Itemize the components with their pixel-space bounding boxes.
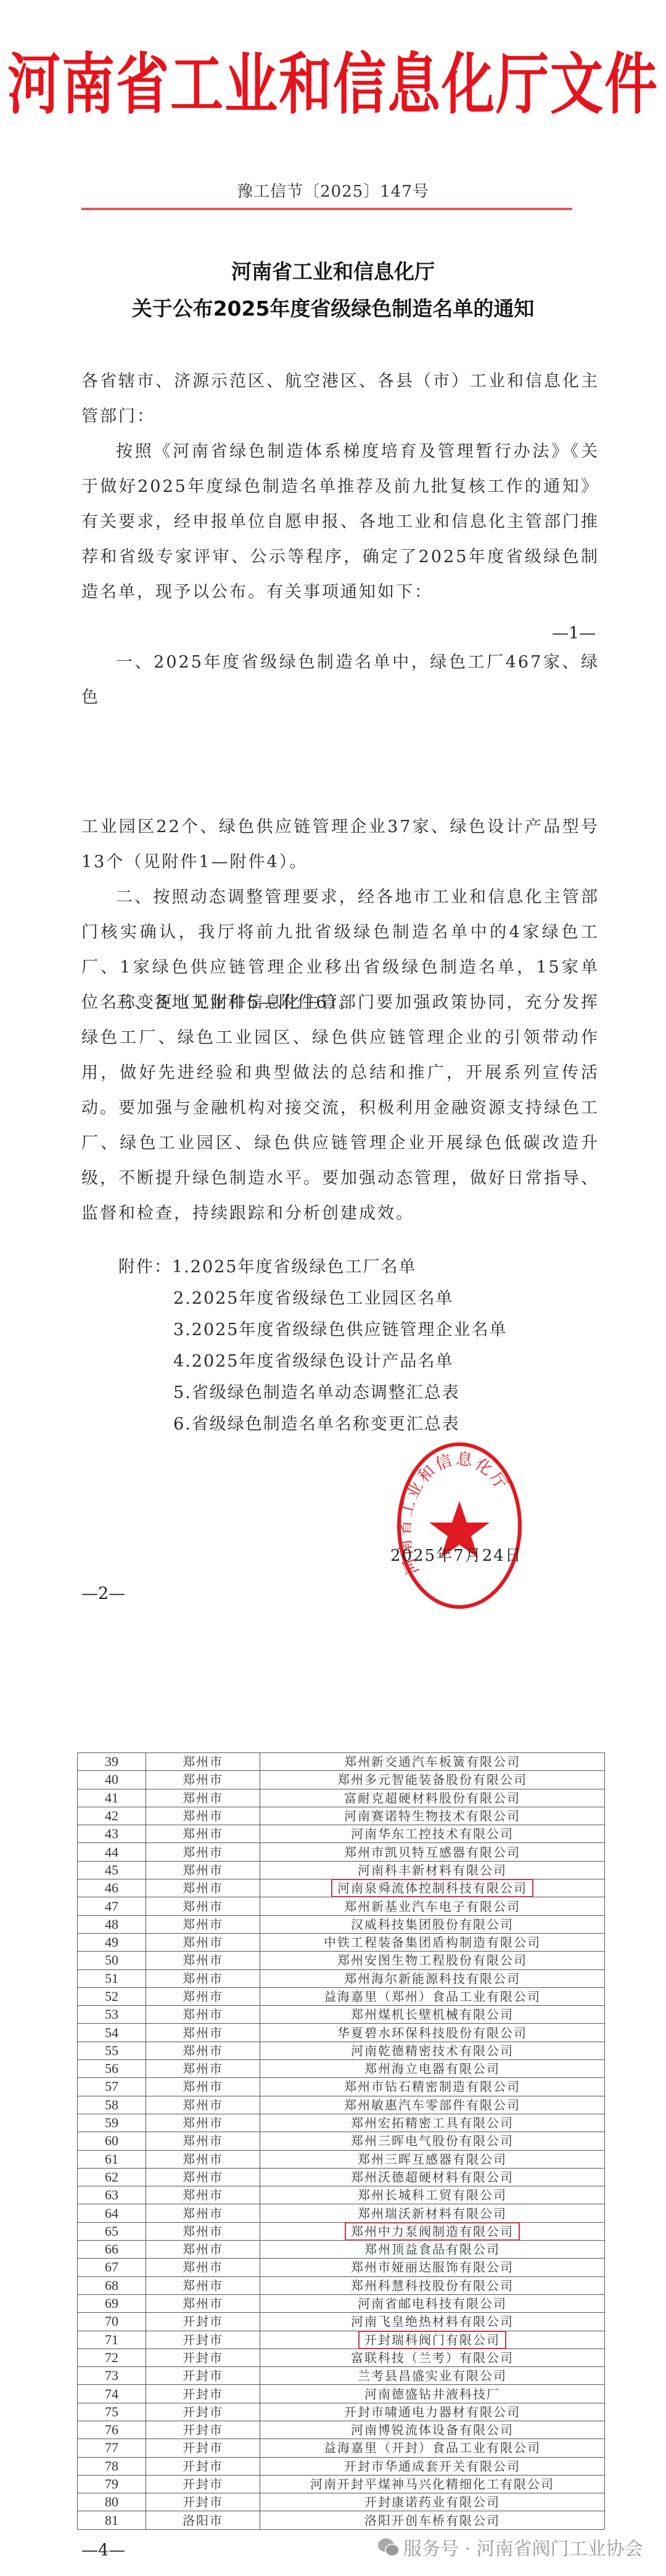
city-cell: 开封市 [146,2331,260,2349]
watermark: 服务号 · 河南省阀门工业协会 [377,2533,643,2562]
company-name-cell: 郑州三晖电气股份有限公司 [260,2132,605,2150]
row-number: 68 [78,2276,146,2294]
city-cell: 开封市 [146,2439,260,2457]
company-name: 河南科丰新材料有限公司 [358,1863,507,1878]
row-number: 51 [78,1969,146,1987]
row-number: 39 [78,1753,146,1771]
attachment-item: 3.2025年度省级绿色供应链管理企业名单 [118,1314,507,1346]
company-name: 中铁工程装备集团盾构制造有限公司 [324,1935,541,1950]
row-number: 49 [78,1933,146,1951]
city-cell: 郑州市 [146,2060,260,2078]
city-cell: 郑州市 [146,1825,260,1843]
company-name-cell: 郑州敏惠汽车零部件有限公司 [260,2096,605,2114]
city-cell: 郑州市 [146,1879,260,1897]
paragraph-one-continued: 工业园区22个、绿色供应链管理企业37家、绿色设计产品型号13个（见附件1—附件… [81,809,599,880]
watermark-text: 服务号 · 河南省阀门工业协会 [403,2538,643,2560]
page-number-2: —2— [81,1584,125,1603]
official-seal: 河南省工业和信息化厅 [395,1439,518,1605]
attachments-label: 附件： [118,1257,172,1277]
city-cell: 郑州市 [146,1807,260,1825]
company-name-cell: 河南华东工控技术有限公司 [260,1825,605,1843]
company-name-cell: 益海嘉里（开封）食品工业有限公司 [260,2439,605,2457]
attachment-item: 6.省级绿色制造名单名称变更汇总表 [118,1409,507,1440]
row-number: 53 [78,2006,146,2024]
paragraph-intro: 按照《河南省绿色制造体系梯度培育及管理暂行办法》《关于做好2025年度绿色制造名… [81,434,599,610]
city-cell: 郑州市 [146,2204,260,2222]
red-divider [81,208,572,210]
company-name-cell: 河南开封平煤神马兴化精细化工有限公司 [260,2475,605,2493]
company-name-cell: 中铁工程装备集团盾构制造有限公司 [260,1933,605,1951]
row-number: 56 [78,2060,146,2078]
company-name: 河南省邮电科技有限公司 [358,2296,507,2311]
company-name: 河南开封平煤神马兴化精细化工有限公司 [310,2477,554,2492]
row-number: 78 [78,2457,146,2475]
table-row: 67郑州市郑州市娅丽达服饰有限公司 [78,2259,605,2276]
row-number: 80 [78,2493,146,2511]
city-cell: 郑州市 [146,1969,260,1987]
city-cell: 郑州市 [146,2222,260,2240]
company-name: 郑州长城科工贸有限公司 [358,2188,507,2202]
table-row: 50郑州市郑州安图生物工程股份有限公司 [78,1952,605,1969]
company-name: 河南德盛钻井液科技厂 [364,2387,500,2402]
city-cell: 开封市 [146,2493,260,2511]
row-number: 73 [78,2367,146,2385]
table-row: 63郑州市郑州长城科工贸有限公司 [78,2186,605,2204]
row-number: 47 [78,1897,146,1915]
company-name-cell: 洛阳开创车桥有限公司 [260,2511,605,2529]
city-cell: 郑州市 [146,1771,260,1789]
row-number: 75 [78,2403,146,2421]
row-number: 59 [78,2114,146,2132]
row-number: 57 [78,2078,146,2096]
row-number: 45 [78,1861,146,1879]
city-cell: 洛阳市 [146,2511,260,2529]
table-row: 71开封市开封瑞科阀门有限公司 [78,2331,605,2349]
table-row: 47郑州市郑州新基业汽车电子有限公司 [78,1897,605,1915]
title-line-2: 关于公布2025年度省级绿色制造名单的通知 [0,293,666,322]
company-name: 郑州新交通汽车板簧有限公司 [344,1754,520,1769]
page-number-4: —4— [81,2541,125,2560]
company-name: 郑州安图生物工程股份有限公司 [337,1953,527,1968]
city-cell: 开封市 [146,2403,260,2421]
company-name: 郑州科慧科技股份有限公司 [351,2278,514,2293]
company-name: 郑州敏惠汽车零部件有限公司 [344,2098,520,2112]
company-name: 郑州多元智能装备股份有限公司 [337,1772,527,1787]
company-name-cell: 郑州科慧科技股份有限公司 [260,2276,605,2294]
company-name: 兰考县昌盛实业有限公司 [358,2368,507,2383]
row-number: 72 [78,2349,146,2366]
table-row: 52郑州市益海嘉里（郑州）食品工业有限公司 [78,1987,605,2005]
wechat-icon [377,2538,400,2562]
city-cell: 郑州市 [146,2259,260,2276]
city-cell: 开封市 [146,2313,260,2331]
city-cell: 郑州市 [146,1952,260,1969]
row-number: 41 [78,1789,146,1807]
company-name: 开封康诺药业有限公司 [364,2495,500,2509]
table-row: 78开封市开封市华通成套开关有限公司 [78,2457,605,2475]
row-number: 71 [78,2331,146,2349]
city-cell: 开封市 [146,2367,260,2385]
table-row: 57郑州市郑州市钻石精密制造有限公司 [78,2078,605,2096]
green-factory-table: 39郑州市郑州新交通汽车板簧有限公司40郑州市郑州多元智能装备股份有限公司41郑… [77,1752,605,2530]
row-number: 40 [78,1771,146,1789]
company-name-cell: 郑州顶益食品有限公司 [260,2241,605,2259]
company-name: 益海嘉里（开封）食品工业有限公司 [324,2440,541,2455]
page-number-1: —1— [552,624,596,643]
company-name: 郑州煤机长壁机械有限公司 [351,2007,514,2022]
company-name: 河南乾德精密技术有限公司 [351,2043,514,2058]
city-cell: 郑州市 [146,1987,260,2005]
company-name-cell: 郑州市钻石精密制造有限公司 [260,2078,605,2096]
company-name-cell: 河南乾德精密技术有限公司 [260,2042,605,2059]
row-number: 67 [78,2259,146,2276]
city-cell: 郑州市 [146,1789,260,1807]
table-row: 40郑州市郑州多元智能装备股份有限公司 [78,1771,605,1789]
table-row: 59郑州市郑州宏拓精密工具有限公司 [78,2114,605,2132]
table-row: 45郑州市河南科丰新材料有限公司 [78,1861,605,1879]
city-cell: 开封市 [146,2475,260,2493]
table-row: 72开封市富联科技（兰考）有限公司 [78,2349,605,2366]
city-cell: 郑州市 [146,2096,260,2114]
company-name: 郑州海尔新能源科技有限公司 [344,1971,520,1986]
city-cell: 郑州市 [146,1915,260,1933]
company-name-cell: 华夏碧水环保科技股份有限公司 [260,2024,605,2042]
company-name: 华夏碧水环保科技股份有限公司 [337,2026,527,2040]
attachment-item: 4.2025年度省级绿色设计产品名单 [118,1346,507,1377]
city-cell: 郑州市 [146,2294,260,2312]
city-cell: 郑州市 [146,1933,260,1951]
company-name-cell: 郑州新交通汽车板簧有限公司 [260,1753,605,1771]
company-name: 郑州三晖互感器有限公司 [358,2152,507,2167]
company-name: 富耐克超硬材料股份有限公司 [344,1791,520,1805]
row-number: 48 [78,1915,146,1933]
table-row: 49郑州市中铁工程装备集团盾构制造有限公司 [78,1933,605,1951]
city-cell: 开封市 [146,2421,260,2439]
company-name-cell: 郑州煤机长壁机械有限公司 [260,2006,605,2024]
table-row: 77开封市益海嘉里（开封）食品工业有限公司 [78,2439,605,2457]
company-name: 汉威科技集团股份有限公司 [351,1917,514,1932]
row-number: 44 [78,1843,146,1861]
table-row: 41郑州市富耐克超硬材料股份有限公司 [78,1789,605,1807]
table-row: 73开封市兰考县昌盛实业有限公司 [78,2367,605,2385]
company-name-cell: 郑州中力泵阀制造有限公司 [260,2222,605,2240]
company-name: 郑州市凯贝特互感器有限公司 [344,1845,520,1860]
company-name-cell: 郑州沃德超硬材料有限公司 [260,2168,605,2186]
company-name-cell: 开封康诺药业有限公司 [260,2493,605,2511]
city-cell: 郑州市 [146,2042,260,2059]
company-name-cell: 郑州新基业汽车电子有限公司 [260,1897,605,1915]
row-number: 61 [78,2150,146,2168]
row-number: 58 [78,2096,146,2114]
company-name-cell: 河南博锐流体设备有限公司 [260,2421,605,2439]
company-name-cell: 郑州市娅丽达服饰有限公司 [260,2259,605,2276]
table-row: 51郑州市郑州海尔新能源科技有限公司 [78,1969,605,1987]
row-number: 74 [78,2385,146,2403]
company-name-cell: 汉威科技集团股份有限公司 [260,1915,605,1933]
city-cell: 郑州市 [146,2114,260,2132]
company-name-cell: 开封市啸通电力器材有限公司 [260,2403,605,2421]
company-name-cell: 河南德盛钻井液科技厂 [260,2385,605,2403]
agency-banner: 河南省工业和信息化厅文件 [0,31,666,126]
company-name: 河南飞皇绝热材料有限公司 [351,2314,514,2329]
city-cell: 开封市 [146,2349,260,2366]
row-number: 60 [78,2132,146,2150]
company-name-cell: 富耐克超硬材料股份有限公司 [260,1789,605,1807]
row-number: 63 [78,2186,146,2204]
company-name-cell: 郑州安图生物工程股份有限公司 [260,1952,605,1969]
table-row: 58郑州市郑州敏惠汽车零部件有限公司 [78,2096,605,2114]
city-cell: 郑州市 [146,2078,260,2096]
company-name: 开封市华通成套开关有限公司 [344,2459,520,2474]
table-row: 42郑州市河南赛诺特生物技术有限公司 [78,1807,605,1825]
company-name-cell: 益海嘉里（郑州）食品工业有限公司 [260,1987,605,2005]
row-number: 65 [78,2222,146,2240]
company-name-cell: 开封瑞科阀门有限公司 [260,2331,605,2349]
city-cell: 郑州市 [146,2024,260,2042]
row-number: 66 [78,2241,146,2259]
company-name-cell: 富联科技（兰考）有限公司 [260,2349,605,2366]
company-name: 郑州顶益食品有限公司 [364,2242,500,2257]
title-line-1: 河南省工业和信息化厅 [0,256,666,285]
row-number: 77 [78,2439,146,2457]
city-cell: 郑州市 [146,2168,260,2186]
highlighted-company-name: 开封瑞科阀门有限公司 [358,2331,506,2349]
table-row: 60郑州市郑州三晖电气股份有限公司 [78,2132,605,2150]
company-name: 郑州宏拓精密工具有限公司 [351,2116,514,2130]
city-cell: 郑州市 [146,1897,260,1915]
company-name: 郑州沃德超硬材料有限公司 [351,2170,514,2185]
row-number: 69 [78,2294,146,2312]
company-name: 郑州新基业汽车电子有限公司 [344,1899,520,1914]
company-name: 郑州瑞沃新材料有限公司 [358,2206,507,2221]
table-row: 61郑州市郑州三晖互感器有限公司 [78,2150,605,2168]
table-row: 53郑州市郑州煤机长壁机械有限公司 [78,2006,605,2024]
company-name-cell: 河南省邮电科技有限公司 [260,2294,605,2312]
city-cell: 郑州市 [146,1753,260,1771]
table-row: 64郑州市郑州瑞沃新材料有限公司 [78,2204,605,2222]
table-row: 76开封市河南博锐流体设备有限公司 [78,2421,605,2439]
table-row: 55郑州市河南乾德精密技术有限公司 [78,2042,605,2059]
company-name-cell: 郑州宏拓精密工具有限公司 [260,2114,605,2132]
city-cell: 郑州市 [146,2006,260,2024]
table-row: 44郑州市郑州市凯贝特互感器有限公司 [78,1843,605,1861]
highlighted-company-name: 郑州中力泵阀制造有限公司 [345,2222,520,2241]
attachment-item: 附件：1.2025年度省级绿色工厂名单 [118,1251,507,1283]
row-number: 46 [78,1879,146,1897]
company-name: 郑州市钻石精密制造有限公司 [344,2079,520,2094]
row-number: 54 [78,2024,146,2042]
table-row: 48郑州市汉威科技集团股份有限公司 [78,1915,605,1933]
company-name-cell: 郑州三晖互感器有限公司 [260,2150,605,2168]
table-row: 81洛阳市洛阳开创车桥有限公司 [78,2511,605,2529]
city-cell: 郑州市 [146,1861,260,1879]
row-number: 64 [78,2204,146,2222]
paragraph-one-start: 一、2025年度省级绿色制造名单中，绿色工厂467家、绿色 [81,645,599,715]
company-name: 河南博锐流体设备有限公司 [351,2423,514,2437]
city-cell: 郑州市 [146,2150,260,2168]
company-name-cell: 郑州瑞沃新材料有限公司 [260,2204,605,2222]
company-name: 郑州三晖电气股份有限公司 [351,2133,514,2148]
table-row: 39郑州市郑州新交通汽车板簧有限公司 [78,1753,605,1771]
row-number: 62 [78,2168,146,2186]
company-name: 益海嘉里（郑州）食品工业有限公司 [324,1989,541,2004]
table-row: 54郑州市华夏碧水环保科技股份有限公司 [78,2024,605,2042]
paragraph-three: 三、各地工业和信息化主管部门要加强政策协同，充分发挥绿色工厂、绿色工业园区、绿色… [81,985,599,1231]
company-name-cell: 河南科丰新材料有限公司 [260,1861,605,1879]
company-name-cell: 河南飞皇绝热材料有限公司 [260,2313,605,2331]
table-row: 70开封市河南飞皇绝热材料有限公司 [78,2313,605,2331]
row-number: 76 [78,2421,146,2439]
company-name-cell: 开封市华通成套开关有限公司 [260,2457,605,2475]
table-row: 66郑州市郑州顶益食品有限公司 [78,2241,605,2259]
table-row: 56郑州市郑州海立电器有限公司 [78,2060,605,2078]
salutation: 各省辖市、济源示范区、航空港区、各县（市）工业和信息化主管部门： [81,364,599,434]
row-number: 79 [78,2475,146,2493]
city-cell: 开封市 [146,2385,260,2403]
row-number: 55 [78,2042,146,2059]
row-number: 43 [78,1825,146,1843]
issue-date: 2025年7月24日 [390,1543,522,1566]
city-cell: 郑州市 [146,2132,260,2150]
table-row: 43郑州市河南华东工控技术有限公司 [78,1825,605,1843]
attachment-item: 5.省级绿色制造名单动态调整汇总表 [118,1377,507,1409]
company-name: 河南赛诺特生物技术有限公司 [344,1809,520,1823]
company-name: 郑州海立电器有限公司 [364,2061,500,2076]
city-cell: 郑州市 [146,1843,260,1861]
company-name-cell: 郑州多元智能装备股份有限公司 [260,1771,605,1789]
city-cell: 郑州市 [146,2186,260,2204]
company-name: 富联科技（兰考）有限公司 [351,2350,514,2365]
table-row: 68郑州市郑州科慧科技股份有限公司 [78,2276,605,2294]
city-cell: 郑州市 [146,2276,260,2294]
row-number: 52 [78,1987,146,2005]
company-name-cell: 郑州市凯贝特互感器有限公司 [260,1843,605,1861]
city-cell: 开封市 [146,2457,260,2475]
row-number: 70 [78,2313,146,2331]
company-name: 河南华东工控技术有限公司 [351,1826,514,1841]
seal-icon: 河南省工业和信息化厅 [395,1439,524,1612]
row-number: 50 [78,1952,146,1969]
company-name-cell: 河南泉舜流体控制科技有限公司 [260,1879,605,1897]
table-row: 74开封市河南德盛钻井液科技厂 [78,2385,605,2403]
row-number: 81 [78,2511,146,2529]
highlighted-company-name: 河南泉舜流体控制科技有限公司 [331,1879,533,1897]
city-cell: 郑州市 [146,2241,260,2259]
attachments-list: 附件：1.2025年度省级绿色工厂名单 2.2025年度省级绿色工业园区名单 3… [118,1251,507,1440]
table-row: 65郑州市郑州中力泵阀制造有限公司 [78,2222,605,2240]
row-number: 42 [78,1807,146,1825]
table-row: 69郑州市河南省邮电科技有限公司 [78,2294,605,2312]
company-name: 洛阳开创车桥有限公司 [364,2513,500,2528]
company-name-cell: 河南赛诺特生物技术有限公司 [260,1807,605,1825]
company-name-cell: 兰考县昌盛实业有限公司 [260,2367,605,2385]
attachment-item: 2.2025年度省级绿色工业园区名单 [118,1283,507,1314]
table-row: 80开封市开封康诺药业有限公司 [78,2493,605,2511]
table-row: 62郑州市郑州沃德超硬材料有限公司 [78,2168,605,2186]
table-row: 79开封市河南开封平煤神马兴化精细化工有限公司 [78,2475,605,2493]
company-name-cell: 郑州海尔新能源科技有限公司 [260,1969,605,1987]
table-row: 75开封市开封市啸通电力器材有限公司 [78,2403,605,2421]
company-name-cell: 郑州长城科工贸有限公司 [260,2186,605,2204]
company-name-cell: 郑州海立电器有限公司 [260,2060,605,2078]
table-row: 46郑州市河南泉舜流体控制科技有限公司 [78,1879,605,1897]
company-name: 开封市啸通电力器材有限公司 [344,2405,520,2419]
document-number: 豫工信节〔2025〕147号 [0,179,666,202]
company-name: 郑州市娅丽达服饰有限公司 [351,2260,514,2275]
